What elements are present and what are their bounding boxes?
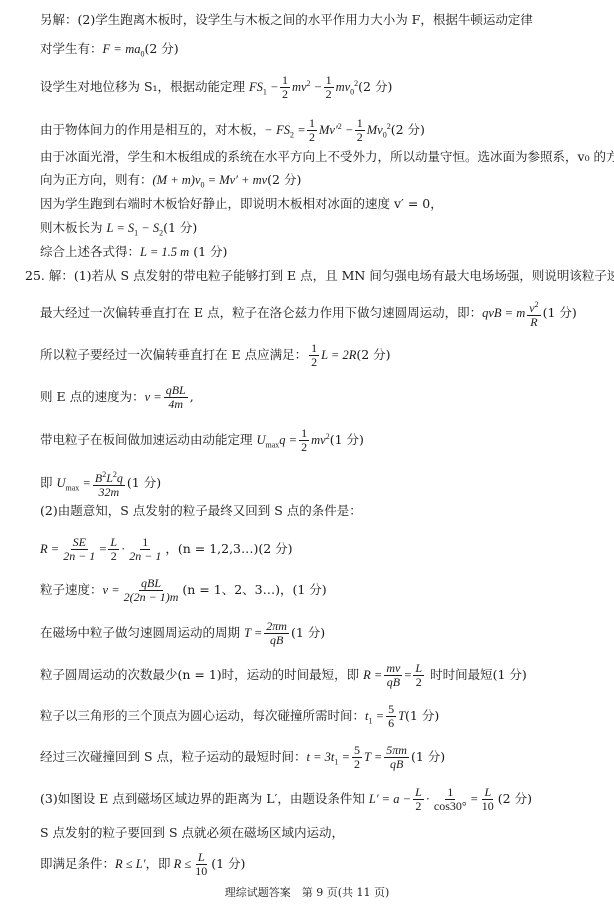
question-25-heading: 25. 解：(1)若从 S 点发射的带电粒子能够打到 E 点，且 MN 间匀强电… — [25, 268, 614, 284]
formula-line: 所以粒子要经过一次偏转垂直打在 E 点应满足：12L = 2R(2 分) — [40, 342, 391, 369]
formula: t1 = — [365, 709, 384, 723]
formula-line: 则木板长为 L = S1 − S2(1 分) — [40, 220, 197, 242]
text-line: 由于冰面光滑，学生和木板组成的系统在水平方向上不受外力，所以动量守恒。选冰面为参… — [40, 149, 614, 165]
line-prefix: 对学生有： — [40, 41, 103, 56]
line-prefix: 由于物体间力的作用是相互的，对木板， — [40, 122, 265, 137]
formula: t = 3t1 = — [307, 750, 350, 764]
formula-line: 带电粒子在板间做加速运动由动能定理 Umaxq =12mv2(1 分) — [40, 427, 364, 454]
formula: L = 2R — [321, 348, 356, 362]
score: (1 分) — [291, 625, 325, 640]
formula-line: 由于物体间力的作用是相互的，对木板，− FS2 =12Mv′2 −12Mv02(… — [40, 117, 425, 144]
score: (2 分) — [498, 791, 532, 806]
formula: R = — [40, 542, 59, 556]
score: (1 分) — [211, 856, 245, 871]
formula-line: 向为正方向，则有：(M + m)v0 = Mv′ + mv(2 分) — [40, 172, 301, 194]
line-prefix: 即 — [40, 475, 56, 490]
score: (1 分) — [127, 475, 161, 490]
formula: FS2 — [276, 123, 294, 137]
formula: qvB = m — [482, 306, 525, 320]
score: (1 分) — [405, 708, 439, 723]
formula: R = — [363, 668, 382, 682]
formula-line: 粒子以三角形的三个顶点为圆心运动，每次碰撞所需时间：t1 =56T(1 分) — [40, 703, 439, 730]
score: (2 分) — [356, 347, 390, 362]
formula-line: 粒子圆周运动的次数最少(n = 1)时，运动的时间最短，即 R =mvqB=L2… — [40, 662, 527, 689]
formula-line: (3)如图设 E 点到磁场区域边界的距离为 L′，由题设条件知 L′ = a −… — [40, 786, 532, 813]
formula-line: 粒子速度：v =qBL2(2n − 1)m(n = 1、2、3…)，(1 分) — [40, 577, 327, 604]
formula-line: 最大经过一次偏转垂直打在 E 点，粒子在洛仑兹力作用下做匀速圆周运动，即：qvB… — [40, 298, 577, 329]
line-prefix: 经过三次碰撞回到 S 点，粒子运动的最短时间： — [40, 749, 307, 764]
formula-line: 对学生有：F = ma0(2 分) — [40, 41, 179, 63]
line-prefix: 则 E 点的速度为： — [40, 389, 145, 404]
formula-line: R =SE2n − 1=L2·12n − 1，(n = 1,2,3…)(2 分) — [40, 536, 293, 563]
text-line: 另解：(2)学生跑离木板时，设学生与木板之间的水平作用力大小为 F，根据牛顿运动… — [40, 12, 533, 28]
line-prefix: 粒子圆周运动的次数最少(n = 1)时，运动的时间最短，即 — [40, 667, 363, 682]
formula: v = — [103, 583, 120, 597]
line-prefix: 即满足条件： — [40, 856, 115, 871]
text-line: S 点发射的粒子要回到 S 点就必须在磁场区域内运动， — [40, 825, 344, 841]
score: (1 分) — [163, 220, 197, 235]
formula: Umax = — [56, 476, 90, 490]
score: (1 分) — [193, 244, 227, 259]
formula-line: 即满足条件：R ≤ L′，即 R ≤L10(1 分) — [40, 851, 245, 878]
formula-line: 即 Umax =B2L2q32m(1 分) — [40, 468, 161, 499]
score: ，(n = 1,2,3…)(2 分) — [165, 541, 292, 556]
line-prefix: 带电粒子在板间做加速运动由动能定理 — [40, 432, 256, 447]
line-prefix: (3)如图设 E 点到磁场区域边界的距离为 L′，由题设条件知 — [40, 791, 369, 806]
formula: F — [103, 42, 111, 56]
line-prefix: 最大经过一次偏转垂直打在 E 点，粒子在洛仑兹力作用下做匀速圆周运动，即： — [40, 305, 482, 320]
formula: R ≤ L′ — [115, 857, 145, 871]
score: (2 分) — [358, 79, 392, 94]
score: (n = 1、2、3…)，(1 分) — [182, 582, 326, 597]
line-prefix: 在磁场中粒子做匀速圆周运动的周期 — [40, 625, 244, 640]
formula-line: 在磁场中粒子做匀速圆周运动的周期 T =2πmqB(1 分) — [40, 620, 325, 647]
formula: Umaxq = — [256, 433, 297, 447]
line-prefix: 综合上述各式得： — [40, 244, 140, 259]
formula-line: 综合上述各式得：L = 1.5 m (1 分) — [40, 244, 227, 260]
score: 时时间最短(1 分) — [426, 667, 527, 682]
formula: T = — [244, 626, 262, 640]
score: (2 分) — [144, 41, 178, 56]
formula: L = S1 − S2 — [106, 221, 163, 235]
formula-line: 设学生对地位移为 S₁，根据动能定理 FS1 −12mv2 −12mv02(2 … — [40, 74, 392, 101]
score: , — [190, 389, 194, 404]
line-prefix: 粒子速度： — [40, 582, 103, 597]
page-footer: 理综试题答案 第 9 页(共 11 页) — [0, 884, 614, 900]
line-prefix: 设学生对地位移为 S₁，根据动能定理 — [40, 79, 249, 94]
score: (2 分) — [391, 122, 425, 137]
line-prefix: 向为正方向，则有： — [40, 172, 153, 187]
score: (1 分) — [543, 305, 577, 320]
formula-line: 经过三次碰撞回到 S 点，粒子运动的最短时间：t = 3t1 =52T =5πm… — [40, 744, 445, 771]
line-prefix: 所以粒子要经过一次偏转垂直打在 E 点应满足： — [40, 347, 307, 362]
score: (1 分) — [330, 432, 364, 447]
line-prefix: 则木板长为 — [40, 220, 106, 235]
text-line: (2)由题意知，S 点发射的粒子最终又回到 S 点的条件是： — [40, 503, 362, 519]
text-line: 因为学生跑到右端时木板恰好静止，即说明木板相对冰面的速度 v′ = 0， — [40, 196, 443, 212]
formula-line: 则 E 点的速度为：v =qBL4m, — [40, 384, 194, 411]
score: (2 分) — [267, 172, 301, 187]
formula: L = 1.5 m — [140, 245, 189, 259]
formula: (M + m)v0 = Mv′ + mv — [153, 173, 268, 187]
score: (1 分) — [411, 749, 445, 764]
formula: v = — [145, 390, 162, 404]
formula: L′ = a − — [369, 792, 411, 806]
line-prefix: 粒子以三角形的三个顶点为圆心运动，每次碰撞所需时间： — [40, 708, 365, 723]
formula: FS1 — [249, 80, 267, 94]
